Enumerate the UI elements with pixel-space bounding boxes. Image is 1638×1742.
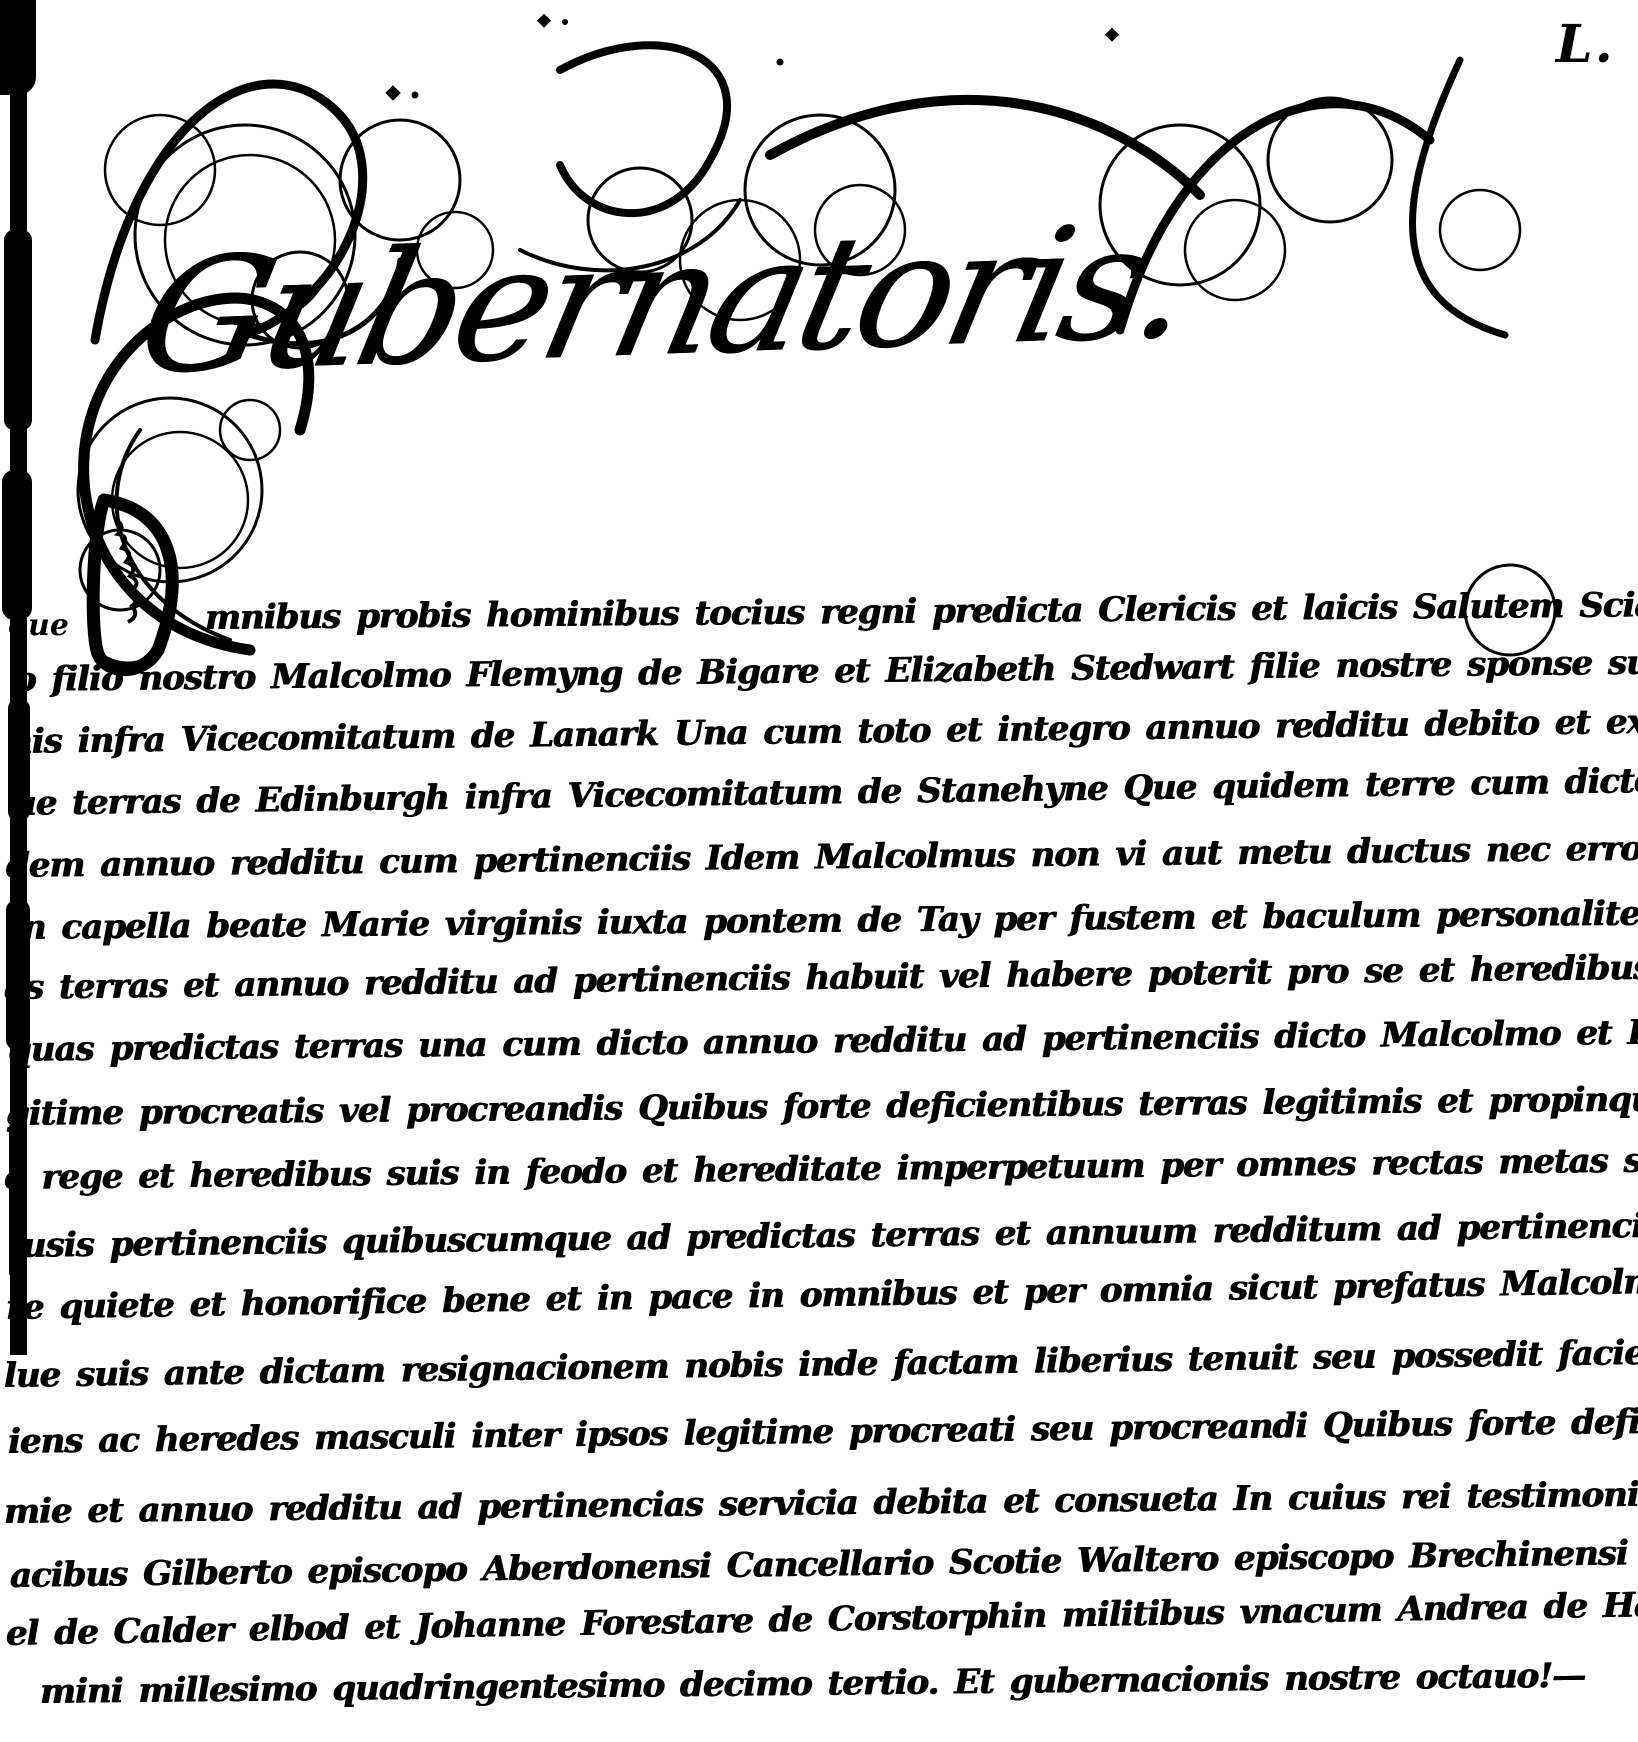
- manuscript-line: nis infra Vicecomitatum de Lanark Una cu…: [8, 700, 1638, 762]
- manuscript-line: mie et annuo redditu ad pertinencias ser…: [4, 1471, 1638, 1532]
- manuscript-line: o rege et heredibus suis in feodo et her…: [4, 1138, 1638, 1198]
- manuscript-line: iusis pertinenciis quibuscumque ad predi…: [10, 1203, 1638, 1266]
- decorated-initial-icon: [76, 492, 194, 684]
- manuscript-line: in capella beate Marie virginis iuxta po…: [10, 893, 1638, 948]
- manuscript-line: re quiete et honorifice bene et in pace …: [6, 1257, 1638, 1328]
- manuscript-line: dem annuo redditu cum pertinenciis Idem …: [6, 828, 1638, 886]
- page-title: Gubernatoris.: [124, 190, 1204, 410]
- manuscript-line: gitime procreatis vel procreandis Quibus…: [6, 1079, 1638, 1134]
- manuscript-line: ue terras de Edinburgh infra Vicecomitat…: [12, 759, 1638, 824]
- manuscript-line: lue suis ante dictam resignacionem nobis…: [4, 1330, 1638, 1396]
- manuscript-line: iens ac heredes masculi inter ipsos legi…: [8, 1400, 1638, 1462]
- manuscript-line: quas predictas terras una cum dicto annu…: [8, 1010, 1638, 1070]
- manuscript-line: mini millesimo quadringentesimo decimo t…: [40, 1656, 1586, 1712]
- margin-fragment: oue: [8, 608, 69, 643]
- manuscript-page: L.: [0, 0, 1638, 1742]
- manuscript-line: as terras et annuo redditu ad pertinenci…: [4, 947, 1638, 1008]
- manuscript-line: acibus Gilberto episcopo Aberdonensi Can…: [10, 1529, 1638, 1596]
